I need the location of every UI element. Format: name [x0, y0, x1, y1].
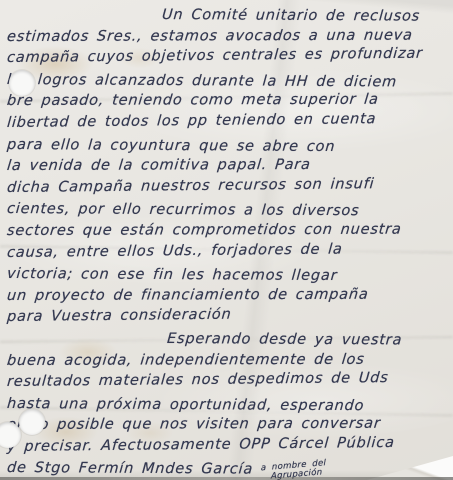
handwritten-line: dicha Campaña nuestros recursos son insu…	[6, 173, 450, 199]
handwritten-line: campaña cuyos objetivos centrales es pro…	[6, 44, 450, 70]
handwritten-line: causa, entre ellos Uds., forjadores de l…	[6, 238, 450, 264]
handwritten-line: libertad de todos los pp teniendo en cue…	[6, 108, 450, 134]
handwritten-line: y precisar. Afectuosamente OPP Cárcel Pú…	[6, 432, 450, 458]
handwritten-text-block: Un Comité unitario de reclusos estimados…	[7, 5, 449, 480]
letter-page: Un Comité unitario de reclusos estimados…	[0, 0, 453, 480]
hole-punch	[9, 70, 35, 96]
hole-punch	[19, 409, 45, 435]
handwritten-line: para Vuestra consideración	[6, 303, 450, 329]
handwritten-line: resultados materiales nos despedimos de …	[6, 367, 450, 393]
